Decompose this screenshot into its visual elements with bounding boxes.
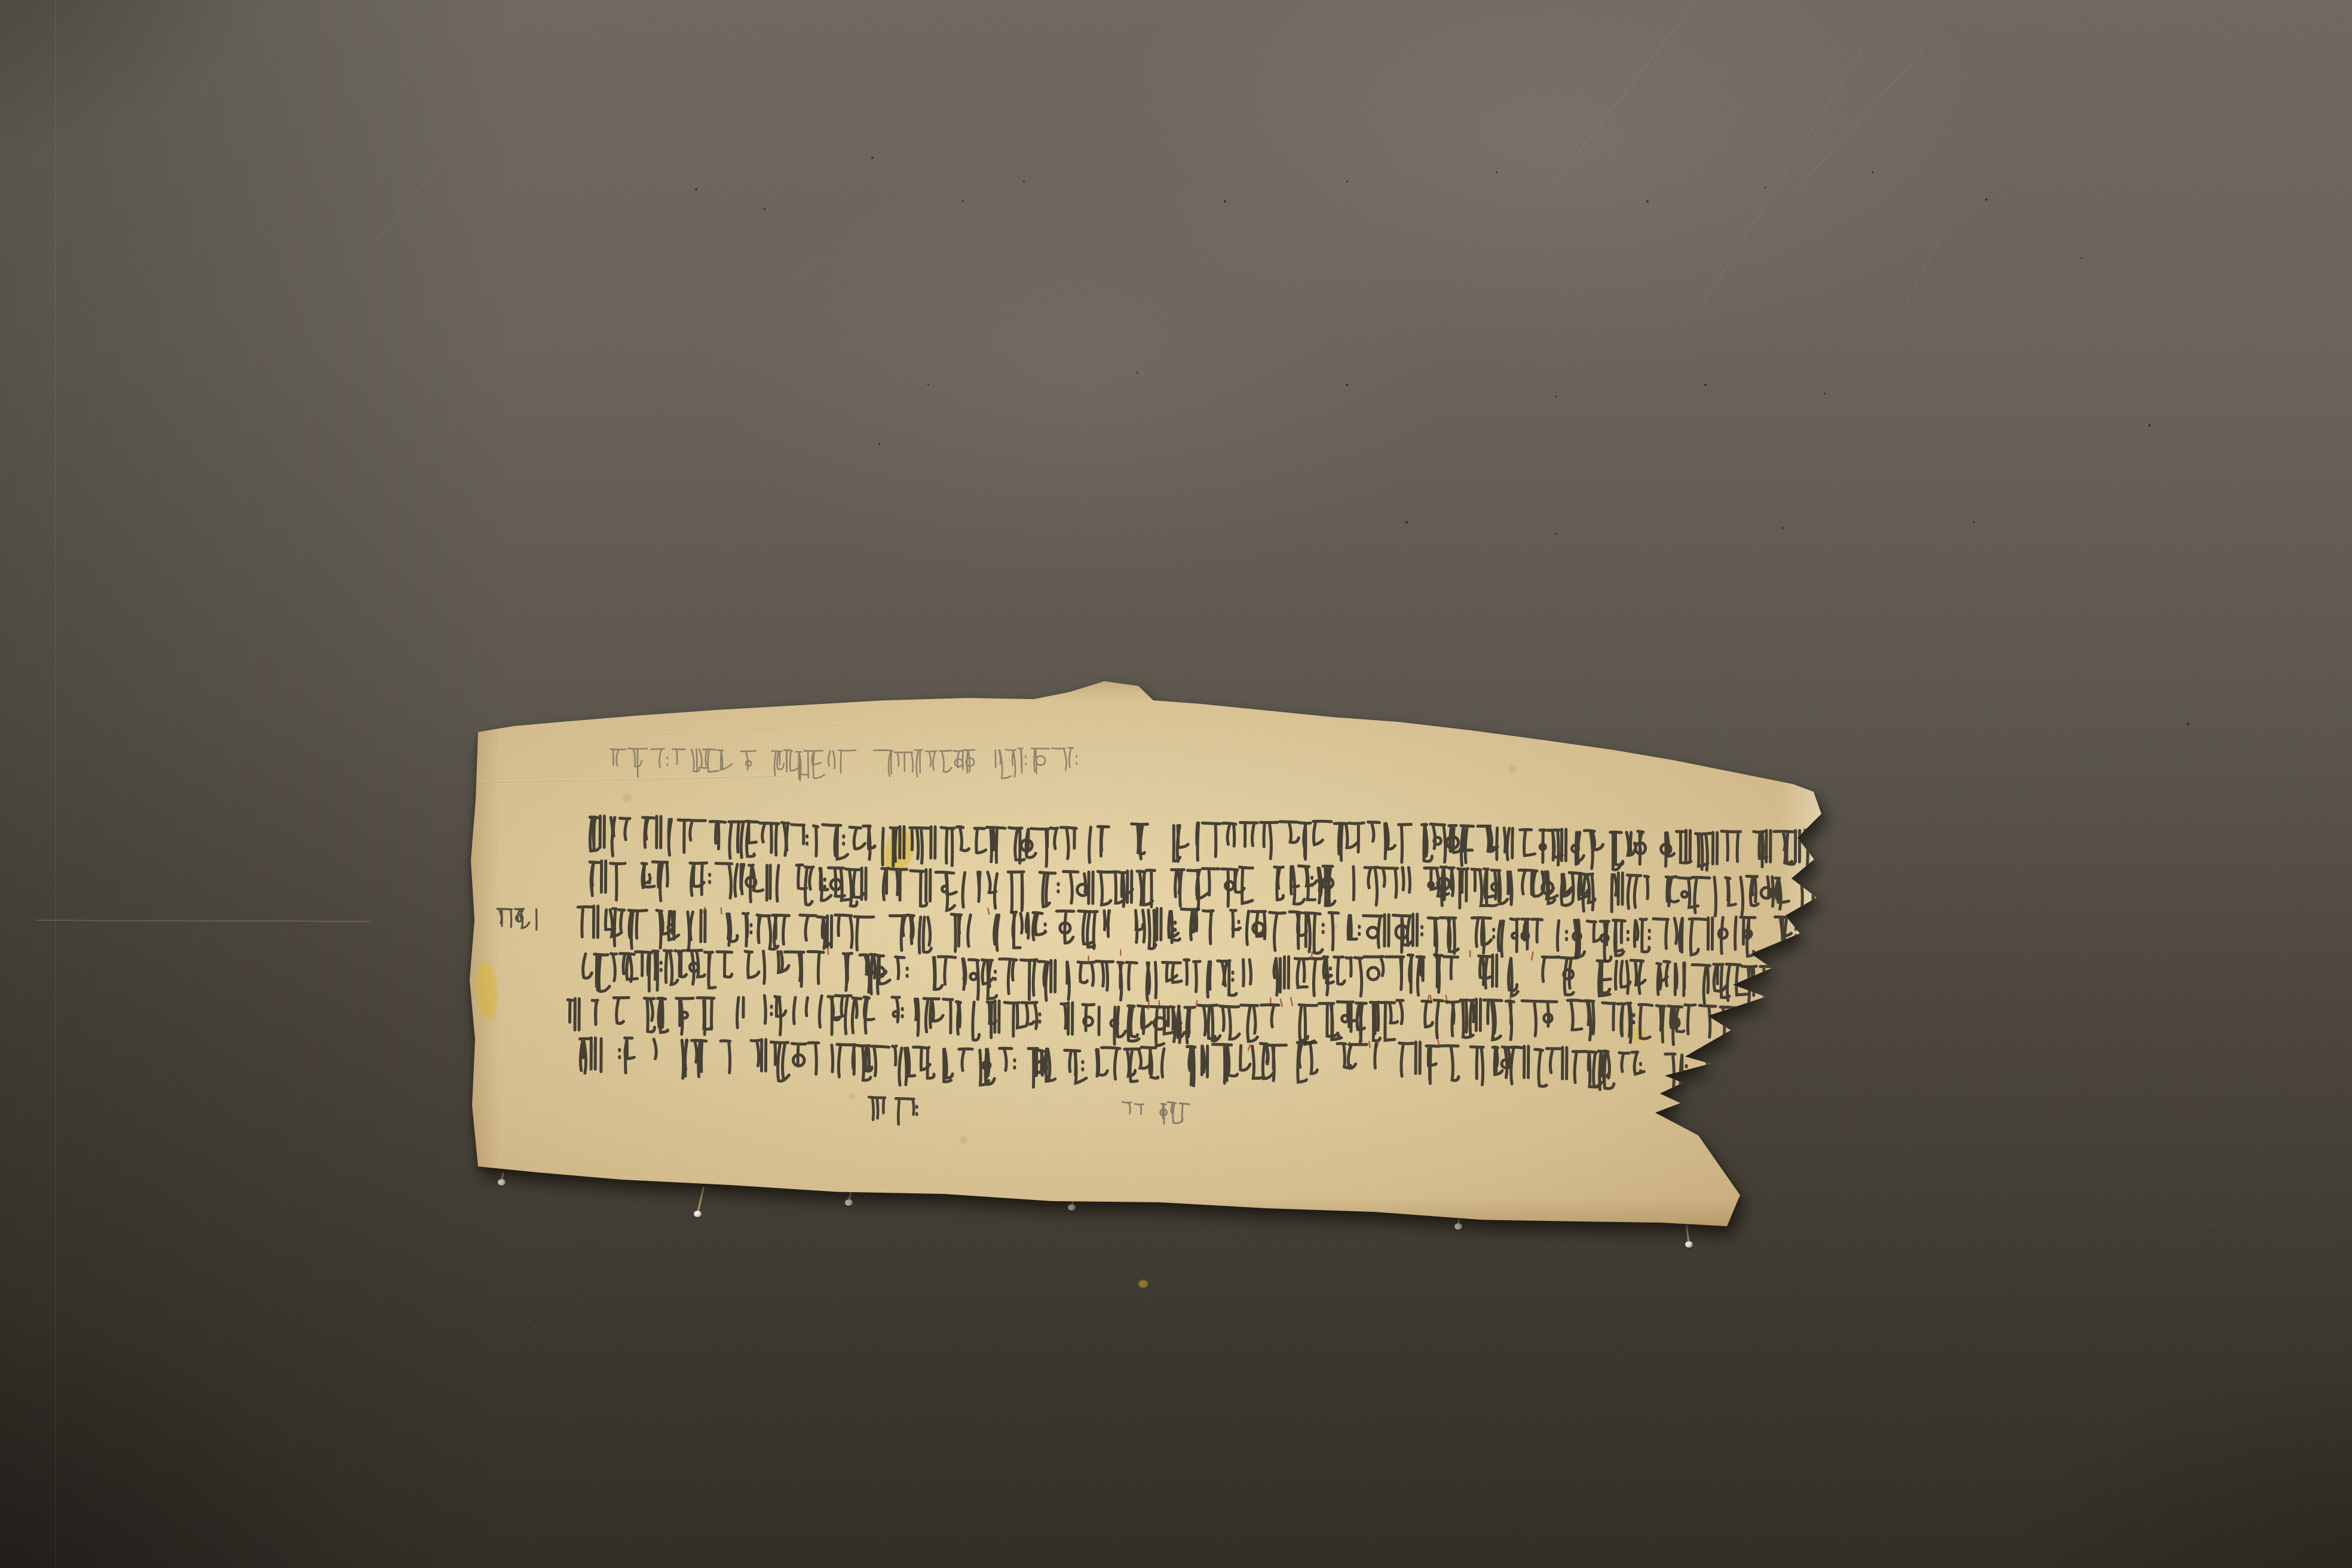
header-annotation <box>610 739 1082 783</box>
dust-speck <box>2187 723 2189 725</box>
manuscript-shadow-wrap <box>466 675 1826 1231</box>
dust-speck <box>1405 521 1408 523</box>
dust-speck <box>764 208 765 210</box>
footer-colophon <box>1121 1096 1206 1123</box>
fox-spot <box>1509 765 1516 772</box>
dust-speck <box>1023 180 1025 182</box>
dust-speck <box>1985 198 1987 201</box>
dust-speck <box>534 1319 535 1321</box>
dust-speck <box>1555 533 1557 535</box>
dust-speck <box>2148 424 2151 427</box>
footer-siglum <box>868 1089 900 1123</box>
paper-crease <box>663 723 843 734</box>
dust-speck <box>695 188 697 191</box>
dust-speck <box>1872 171 1873 173</box>
dust-speck <box>927 384 929 385</box>
fox-spot <box>849 1094 855 1100</box>
dust-speck <box>878 443 880 445</box>
pin-head <box>1685 1241 1693 1248</box>
dust-speck <box>1555 396 1557 397</box>
dust-speck <box>962 200 964 202</box>
dust-speck <box>1496 171 1497 173</box>
dust-speck <box>2081 257 2082 259</box>
photograph <box>0 0 2352 1568</box>
margin-mark <box>496 902 533 930</box>
board-edge-line <box>55 0 56 1568</box>
dust-speck <box>871 157 874 159</box>
dust-speck <box>1973 521 1975 523</box>
dust-speck <box>1704 384 1707 386</box>
dust-speck <box>1346 384 1348 386</box>
dust-speck <box>1646 200 1649 203</box>
dust-speck <box>2211 1231 2213 1233</box>
dust-speck <box>1137 372 1138 373</box>
manuscript-fragment <box>466 675 1826 1231</box>
dust-speck <box>1765 186 1766 188</box>
manuscript-text-line <box>578 1034 1715 1092</box>
dust-speck <box>1824 393 1826 394</box>
dust-speck <box>1782 527 1784 529</box>
fox-spot <box>623 794 631 802</box>
yellow-fleck <box>1138 1280 1148 1288</box>
dust-speck <box>1346 180 1348 182</box>
dust-speck <box>1224 200 1226 203</box>
fox-spot <box>960 1137 967 1144</box>
yellow-stain <box>475 961 500 1020</box>
